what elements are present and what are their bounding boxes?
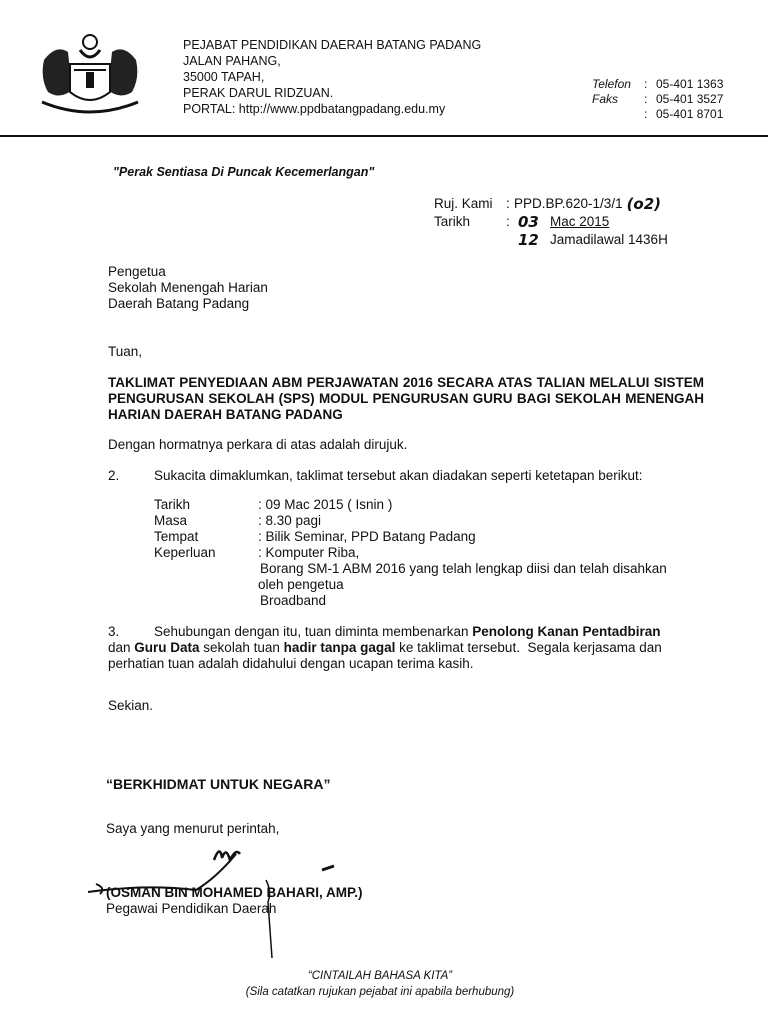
paragraph-2: 2. Sukacita dimaklumkan, taklimat terseb… <box>108 468 643 484</box>
tarikh-day-handwritten: 03 <box>518 214 550 230</box>
faks-label: Faks <box>592 92 644 107</box>
motto: "Perak Sentiasa Di Puncak Kecemerlangan" <box>113 165 374 179</box>
detail-label: Keperluan <box>154 545 258 561</box>
signatory-name: (OSMAN BIN MOHAMED BAHARI, AMP.) <box>106 885 363 901</box>
detail-value: : 8.30 pagi <box>258 513 321 529</box>
contact-block: Telefon : 05-401 1363 Faks : 05-401 3527… <box>592 77 723 122</box>
salutation: Tuan, <box>108 344 142 360</box>
coat-of-arms-logo <box>34 30 146 122</box>
paragraph-number: 2. <box>108 468 154 484</box>
event-details: Tarikh: 09 Mac 2015 ( Isnin ) Masa: 8.30… <box>154 497 667 609</box>
telefon-value: 05-401 1363 <box>656 77 723 92</box>
malaysia-coat-of-arms-icon <box>34 30 146 122</box>
emphasis-text: Penolong Kanan Pentadbiran <box>472 624 660 639</box>
telefon-label: Telefon <box>592 77 644 92</box>
ruj-label: Ruj. Kami <box>434 196 506 212</box>
recipient-block: Pengetua Sekolah Menengah Harian Daerah … <box>108 264 268 312</box>
ruj-handwritten: (o2) <box>627 196 661 212</box>
paragraph-3-text: Sehubungan dengan itu, tuan diminta memb… <box>154 624 472 639</box>
office-state: PERAK DARUL RIDZUAN. <box>183 85 481 101</box>
paragraph-3-text: dan <box>108 640 134 655</box>
office-portal-link[interactable]: PORTAL: http://www.ppdbatangpadang.edu.m… <box>183 101 481 117</box>
detail-value: : Bilik Seminar, PPD Batang Padang <box>258 529 476 545</box>
office-street: JALAN PAHANG, <box>183 53 481 69</box>
tarikh-label: Tarikh <box>434 214 506 230</box>
emphasis-text: Guru Data <box>134 640 199 655</box>
subject-title: TAKLIMAT PENYEDIAAN ABM PERJAWATAN 2016 … <box>108 375 704 423</box>
paragraph-number: 3. <box>108 624 154 640</box>
detail-label: Tarikh <box>154 497 258 513</box>
closing: Sekian. <box>108 698 153 714</box>
recipient-line: Pengetua <box>108 264 268 280</box>
paragraph-1: Dengan hormatnya perkara di atas adalah … <box>108 437 407 453</box>
paragraph-3-text: perhatian tuan adalah didahului dengan u… <box>108 656 718 672</box>
paragraph-3-text: ke taklimat tersebut. Segala kerjasama d… <box>395 640 661 655</box>
hijri-day-handwritten: 12 <box>518 232 550 248</box>
detail-value: : 09 Mac 2015 ( Isnin ) <box>258 497 392 513</box>
office-address: PEJABAT PENDIDIKAN DAERAH BATANG PADANG … <box>183 37 481 117</box>
paragraph-3: 3.Sehubungan dengan itu, tuan diminta me… <box>108 624 718 672</box>
keperluan-item: oleh pengetua <box>258 577 667 593</box>
paragraph-2-text: Sukacita dimaklumkan, taklimat tersebut … <box>154 468 643 484</box>
faks-value-2: 05-401 8701 <box>656 107 723 122</box>
detail-label: Tempat <box>154 529 258 545</box>
footer-slogan: “CINTAILAH BAHASA KITA” <box>0 970 760 982</box>
header-divider <box>0 135 768 137</box>
office-postcode: 35000 TAPAH, <box>183 69 481 85</box>
ruj-value: PPD.BP.620-1/3/1 <box>514 196 623 212</box>
signatory-title: Pegawai Pendidikan Daerah <box>106 901 276 917</box>
footer-note: (Sila catatkan rujukan pejabat ini apabi… <box>0 986 760 998</box>
reference-block: Ruj. Kami : PPD.BP.620-1/3/1 (o2) Tarikh… <box>434 196 668 248</box>
slogan: “BERKHIDMAT UNTUK NEGARA” <box>106 776 331 792</box>
office-name: PEJABAT PENDIDIKAN DAERAH BATANG PADANG <box>183 37 481 53</box>
recipient-line: Sekolah Menengah Harian <box>108 280 268 296</box>
hijri-value: Jamadilawal 1436H <box>550 232 668 248</box>
sign-off: Saya yang menurut perintah, <box>106 821 279 837</box>
tarikh-value: Mac 2015 <box>550 214 609 230</box>
detail-value: : Komputer Riba, <box>258 545 359 561</box>
recipient-line: Daerah Batang Padang <box>108 296 268 312</box>
paragraph-3-text: sekolah tuan <box>200 640 284 655</box>
keperluan-item: Borang SM-1 ABM 2016 yang telah lengkap … <box>260 561 667 577</box>
detail-label: Masa <box>154 513 258 529</box>
keperluan-item: Broadband <box>260 593 667 609</box>
emphasis-text: hadir tanpa gagal <box>284 640 396 655</box>
faks-value-1: 05-401 3527 <box>656 92 723 107</box>
